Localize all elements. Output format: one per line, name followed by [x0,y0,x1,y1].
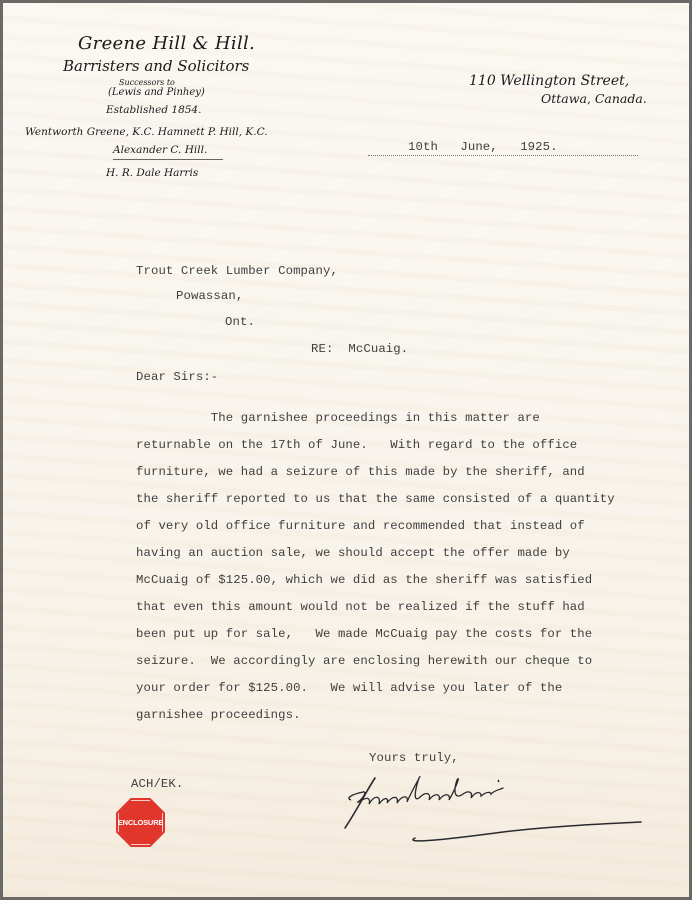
date-underline [368,155,638,156]
seal-label: ENCLOSURE [118,818,163,827]
recipient-province: Ont. [225,315,255,329]
firm-name: Greene Hill & Hill. [78,33,255,54]
body-line: furniture, we had a seizure of this made… [136,465,585,479]
body-line: the sheriff reported to us that the same… [136,492,615,506]
body-line: of very old office furniture and recomme… [136,519,585,533]
enclosure-seal: ENCLOSURE [116,798,165,847]
body-line: having an auction sale, we should accept… [136,546,570,560]
predecessor-firm: (Lewis and Pinhey) [108,87,205,98]
address-city: Ottawa, Canada. [541,91,647,106]
body-line: The garnishee proceedings in this matter… [136,411,540,425]
salutation: Dear Sirs:- [136,370,218,384]
associate-name: Alexander C. Hill. [113,144,207,156]
typist-initials: ACH/EK. [131,777,183,791]
body-line: returnable on the 17th of June. With reg… [136,438,577,452]
recipient-company: Trout Creek Lumber Company, [136,264,338,278]
successors-label: Successors to [119,78,175,87]
partners-names: Wentworth Greene, K.C. Hamnett P. Hill, … [25,126,268,138]
letter-page: Greene Hill & Hill. Barristers and Solic… [3,3,689,897]
letterhead-divider [113,159,223,160]
body-line: seizure. We accordingly are enclosing he… [136,654,592,668]
signature-icon [323,758,663,858]
body-line: been put up for sale, We made McCuaig pa… [136,627,592,641]
reference-line: RE: McCuaig. [311,342,408,356]
body-line: garnishee proceedings. [136,708,301,722]
junior-name: H. R. Dale Harris [106,167,198,179]
established-year: Established 1854. [106,104,201,116]
letter-date: 10th June, 1925. [408,140,558,154]
body-line: your order for $125.00. We will advise y… [136,681,562,695]
firm-subtitle: Barristers and Solicitors [63,57,249,75]
body-line: McCuaig of $125.00, which we did as the … [136,573,592,587]
recipient-town: Powassan, [176,289,243,303]
address-street: 110 Wellington Street, [469,73,629,89]
body-line: that even this amount would not be reali… [136,600,585,614]
